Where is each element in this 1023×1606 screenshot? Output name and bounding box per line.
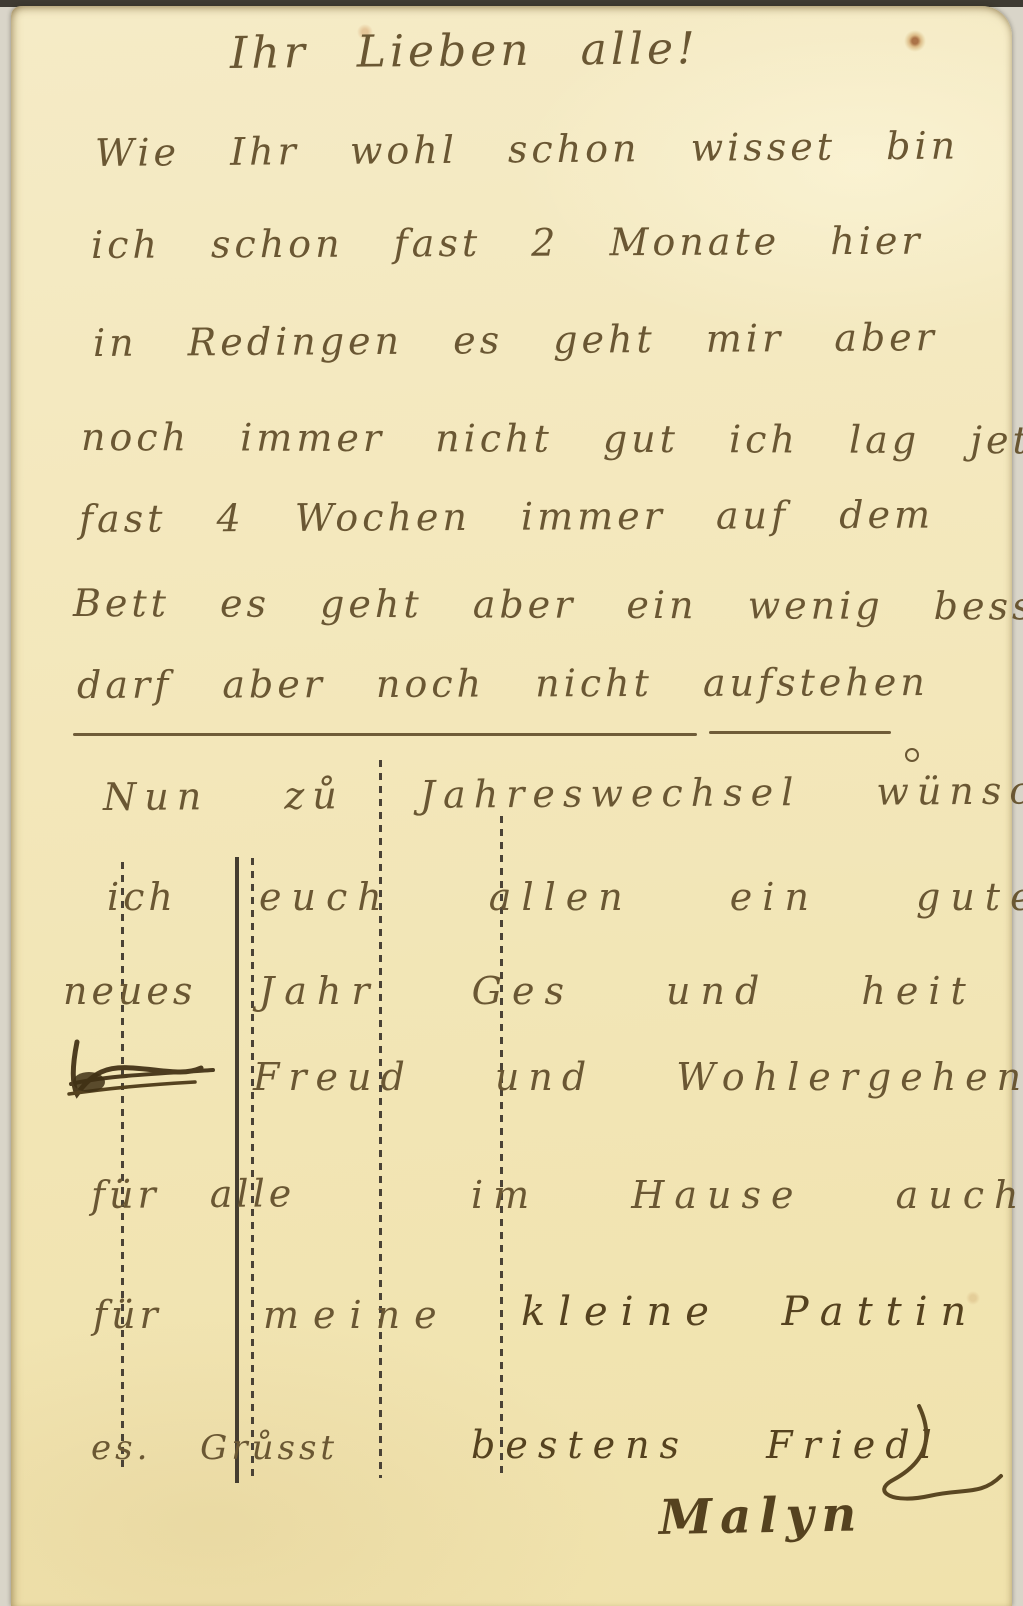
printed-dotted-line-1 bbox=[121, 862, 124, 1470]
printed-solid-line bbox=[235, 857, 239, 1483]
ink-divider-rule bbox=[73, 733, 697, 736]
printed-dotted-line-3 bbox=[379, 760, 382, 1478]
ink-scribble-crossed-out-word bbox=[63, 1032, 243, 1112]
body-line-4: noch immer nicht gut ich lag jetzt bbox=[81, 418, 1023, 459]
salutation-line: Ihr Lieben alle! bbox=[230, 27, 699, 76]
signature-name: Malyn bbox=[659, 1490, 865, 1542]
body-line-6: Bett es geht aber ein wenig besser bbox=[73, 584, 1023, 626]
greeting-line-6b: meine bbox=[263, 1296, 451, 1334]
closing-line-a: es. Grůsst bbox=[91, 1431, 338, 1465]
ink-divider-rule bbox=[709, 731, 891, 734]
body-line-1: Wie Ihr wohl schon wisset bin bbox=[95, 126, 959, 172]
body-line-5: fast 4 Wochen immer auf dem bbox=[79, 496, 934, 538]
greeting-line-5a: für alle bbox=[91, 1174, 296, 1214]
printed-dotted-line-2 bbox=[251, 858, 254, 1480]
greeting-line-4b: Freud und Wohlergehen bbox=[253, 1058, 1023, 1096]
greeting-line-6c: kleine Pattin bbox=[521, 1292, 979, 1332]
ink-ring-mark bbox=[905, 748, 919, 762]
greeting-line-5b: im Hause auch bbox=[471, 1176, 1023, 1214]
greeting-line-3b: Jahr Ges und heit bbox=[259, 972, 976, 1010]
body-line-3: in Redingen es geht mir aber bbox=[93, 318, 938, 362]
greeting-line-2a: ich bbox=[107, 878, 177, 916]
body-line-7: darf aber noch nicht aufstehen bbox=[77, 663, 929, 704]
body-line-2: ich schon fast 2 Monate hier bbox=[91, 222, 924, 264]
postcard-sheet: Ihr Lieben alle! Wie Ihr wohl schon wiss… bbox=[11, 6, 1012, 1565]
greeting-line-6a: für bbox=[93, 1296, 162, 1334]
greeting-line-1: Nun zů Jahreswechsel wünsche bbox=[103, 771, 1023, 816]
greeting-line-3a: neues bbox=[63, 972, 196, 1010]
paper-stain bbox=[904, 30, 926, 52]
greeting-line-2b: euch allen ein gutes bbox=[259, 878, 1023, 916]
